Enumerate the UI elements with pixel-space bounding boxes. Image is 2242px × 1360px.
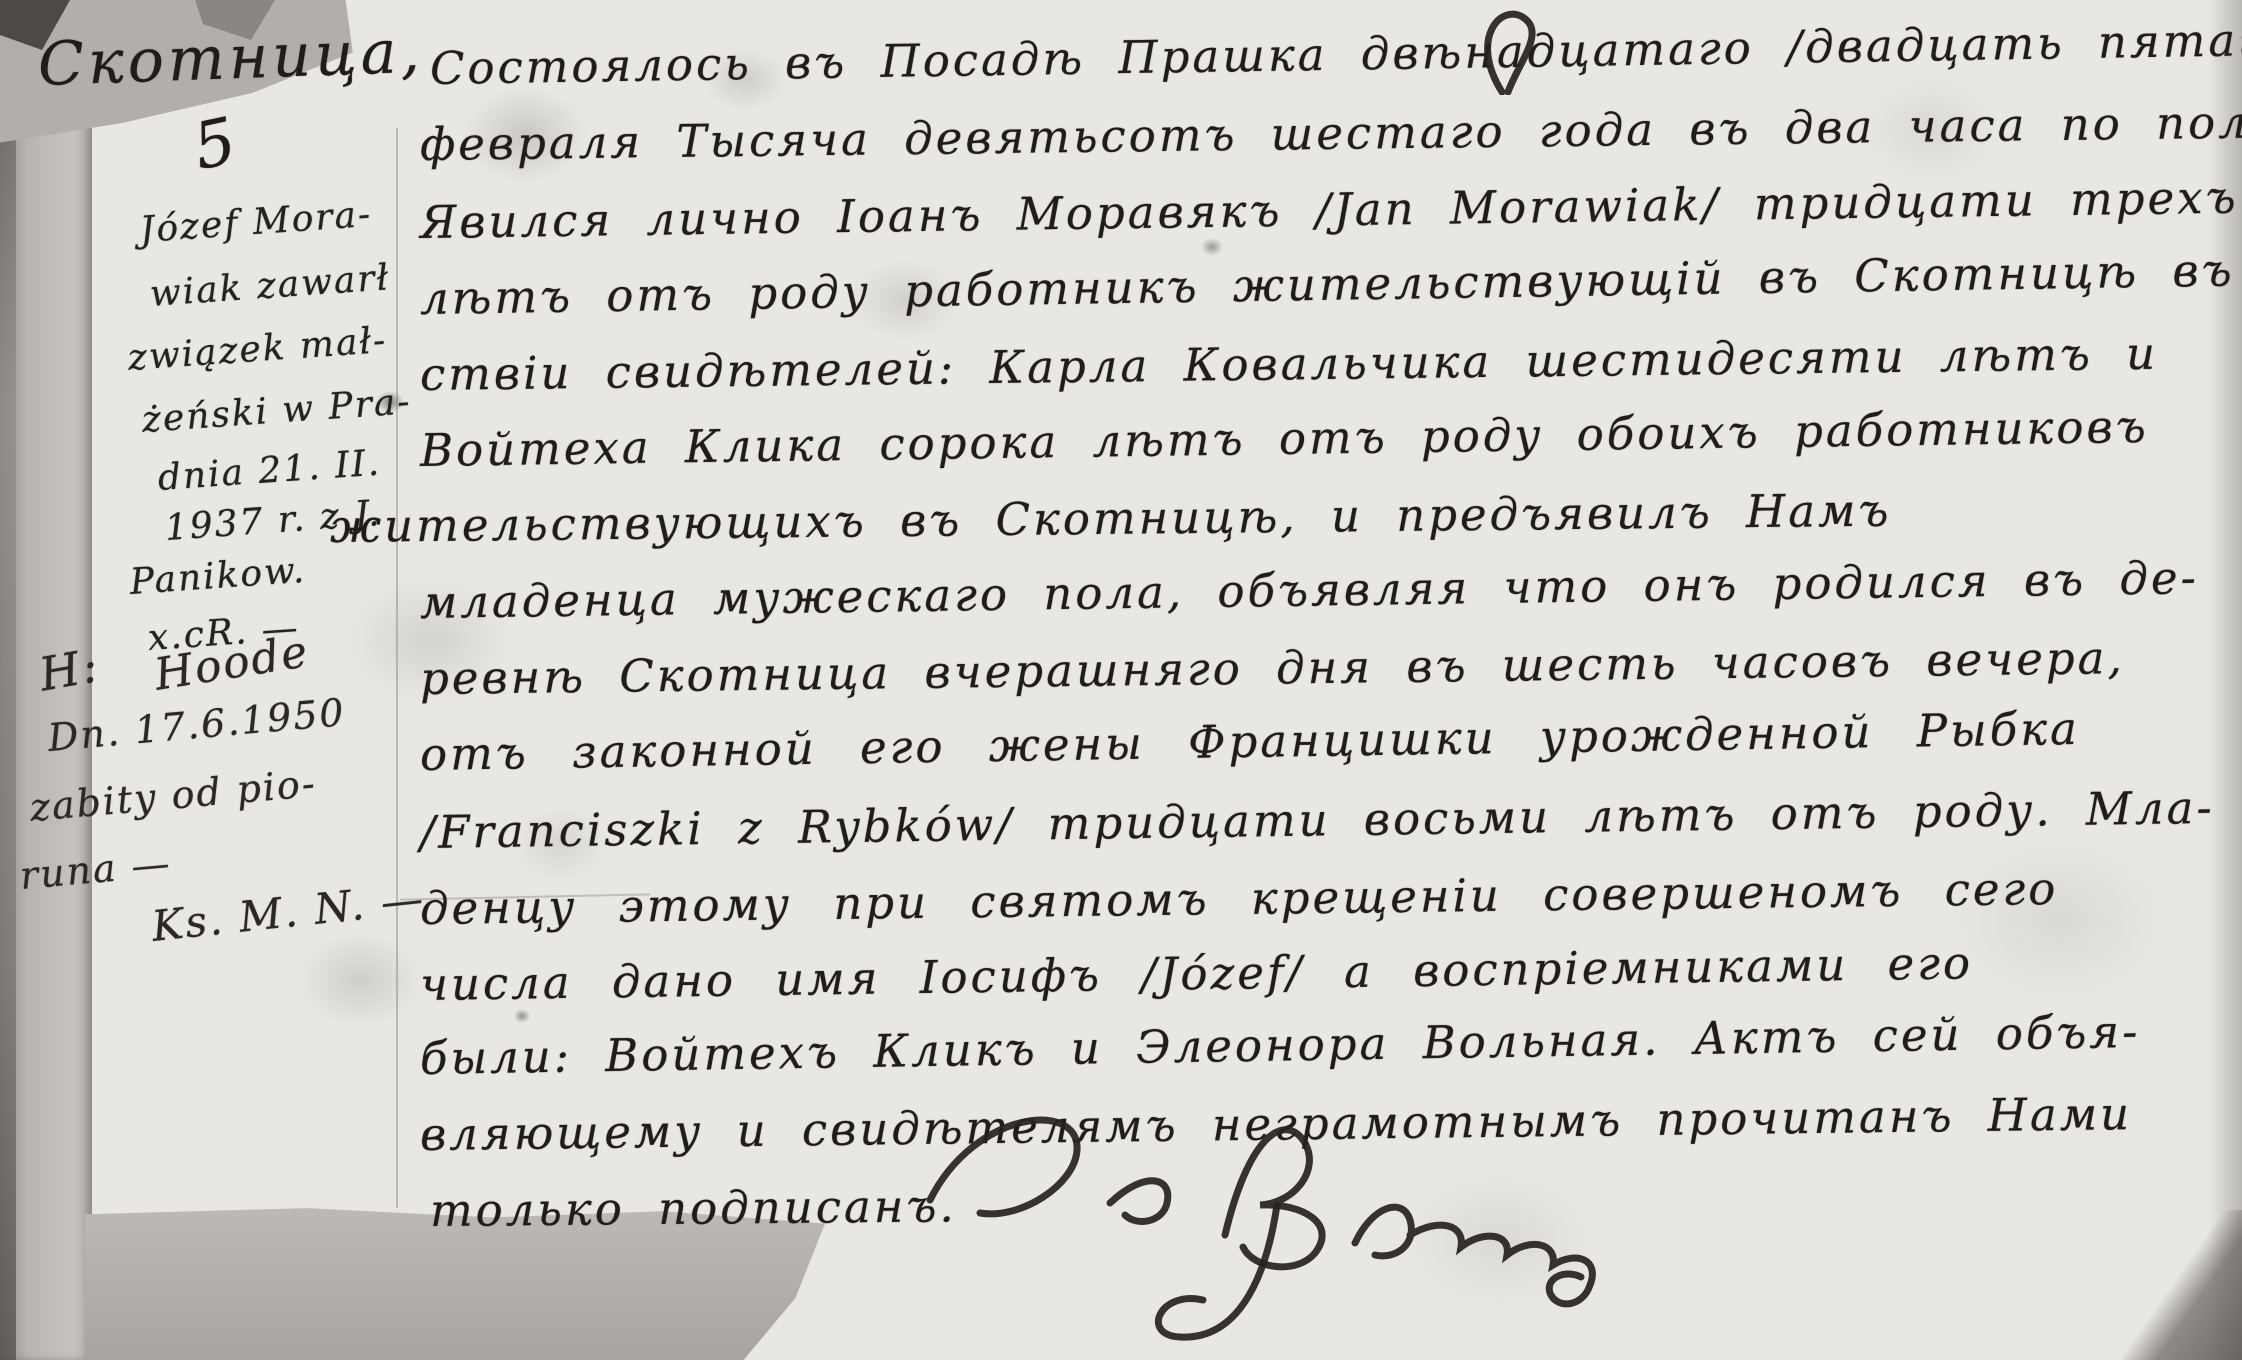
record-text-line: младенца мужескаго пола, объявляя что он… [420, 551, 2199, 629]
record-number: 5 [187, 104, 242, 185]
margin-note-line: wiak zawarł [149, 257, 392, 315]
record-text-line: отъ законной его жены Францишки урожденн… [420, 702, 2081, 781]
margin-note-line: Panikow. [129, 550, 308, 603]
record-text-line: лѣтъ отъ роду работникъ жительствующій в… [420, 240, 2242, 325]
death-note-line: Ks. M. N. — [149, 873, 427, 950]
margin-note-line: Józef Mora- [139, 194, 374, 251]
margin-note-line: żeński w Pra- [141, 381, 413, 441]
record-text-line: /Franciszki z Rybków/ тридцати восьми лѣ… [420, 781, 2215, 859]
record-text-line: ствіи свидѣтелей: Карла Ковальчика шести… [420, 327, 2159, 401]
margin-place-name: Скотница, [37, 17, 425, 100]
record-text-line: только подписанъ. [430, 1179, 957, 1237]
margin-note-line: dnia 21. II. [157, 442, 383, 498]
record-text-line: денцу этому при святомъ крещеніи соверше… [420, 862, 2059, 935]
record-text-line: были: Войтехъ Кликъ и Элеонора Вольная. … [420, 1005, 2141, 1085]
margin-rule-line [396, 128, 398, 1208]
record-text-line: февраля Тысяча девятьсотъ шестаго года в… [420, 94, 2242, 171]
left-torn-edge [0, 0, 16, 1360]
record-text-line: числа дано имя Іосифъ /Józef/ а воспріем… [420, 936, 1974, 1011]
stray-pen-flourish [1450, 0, 1570, 95]
record-text-line: Явился лично Іоанъ Моравякъ /Jan Morawia… [420, 171, 2239, 249]
record-text-line: Состоялось въ Посадѣ Прашка двѣнадцатаго… [430, 12, 2242, 95]
record-text-line: ревнѣ Скотница вчерашняго дня въ шесть ч… [420, 631, 2125, 705]
priest-initial: H: [35, 638, 103, 702]
margin-note-line: związek mał- [127, 320, 389, 379]
record-text-line: Войтеха Клика сорока лѣтъ отъ роду обоих… [420, 400, 2149, 477]
record-scan: Скотница, 5 Józef Mora- wiak zawarł zwią… [0, 0, 2242, 1360]
record-text-line: жительствующихъ въ Скотницѣ, и предъявил… [330, 484, 1892, 553]
